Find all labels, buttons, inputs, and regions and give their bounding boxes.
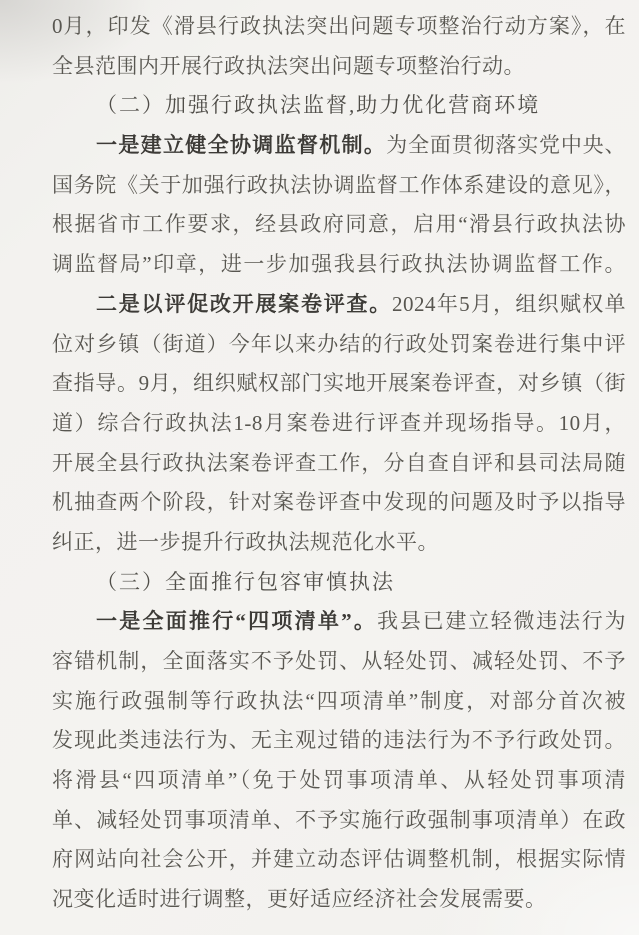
line-text: 为全面贯彻落实党中央、 <box>386 133 626 157</box>
heading-text: （二）加强行政执法监督,助力优化营商环境 <box>96 93 540 117</box>
text-line: 根据省市工作要求，经县政府同意，启用“滑县行政执法协 <box>52 205 626 245</box>
document-text-block: 0月，印发《滑县行政执法突出问题专项整治行动方案》，在 全县范围内开展行政执法突… <box>52 7 626 920</box>
line-text: 道）综合行政执法1-8月案卷进行评查并现场指导。10月， <box>52 411 626 435</box>
text-line: 单、减轻处罚事项清单、不予实施行政强制事项清单）在政 <box>52 801 626 841</box>
text-line: 国务院《关于加强行政执法协调监督工作体系建设的意见》， <box>52 166 626 206</box>
text-line: 府网站向社会公开，并建立动态评估调整机制，根据实际情 <box>52 840 626 880</box>
text-line: 道）综合行政执法1-8月案卷进行评查并现场指导。10月， <box>52 404 626 444</box>
text-line: 将滑县“四项清单”（免于处罚事项清单、从轻处罚事项清 <box>52 761 626 801</box>
line-text: 开展全县行政执法案卷评查工作，分自查自评和县司法局随 <box>52 451 626 475</box>
line-text: 发现此类违法行为、无主观过错的违法行为不予行政处罚。 <box>52 728 626 752</box>
line-text: 2024年5月，组织赋权单 <box>392 292 626 316</box>
line-text: 位对乡镇（街道）今年以来办结的行政处罚案卷进行集中评 <box>52 332 626 356</box>
text-line: 一是建立健全协调监督机制。为全面贯彻落实党中央、 <box>52 126 626 166</box>
text-line: 发现此类违法行为、无主观过错的违法行为不予行政处罚。 <box>52 721 626 761</box>
text-line: 开展全县行政执法案卷评查工作，分自查自评和县司法局随 <box>52 444 626 484</box>
text-line: 位对乡镇（街道）今年以来办结的行政处罚案卷进行集中评 <box>52 325 626 365</box>
line-text: 全县范围内开展行政执法突出问题专项整治行动。 <box>52 54 525 78</box>
line-text: 府网站向社会公开，并建立动态评估调整机制，根据实际情 <box>52 847 626 871</box>
text-line: 纠正，进一步提升行政执法规范化水平。 <box>52 523 626 563</box>
text-line: 调监督局”印章，进一步加强我县行政执法协调监督工作。 <box>52 245 626 285</box>
line-text: 根据省市工作要求，经县政府同意，启用“滑县行政执法协 <box>52 212 626 236</box>
line-text: 将滑县“四项清单”（免于处罚事项清单、从轻处罚事项清 <box>52 768 626 792</box>
line-text: 单、减轻处罚事项清单、不予实施行政强制事项清单）在政 <box>52 808 626 832</box>
line-text: 况变化适时进行调整，更好适应经济社会发展需要。 <box>52 887 547 911</box>
line-text: 纠正，进一步提升行政执法规范化水平。 <box>52 530 439 554</box>
line-text: 0月，印发《滑县行政执法突出问题专项整治行动方案》，在 <box>52 14 626 38</box>
line-text: 容错机制，全面落实不予处罚、从轻处罚、减轻处罚、不予 <box>52 649 626 673</box>
section-heading: （三）全面推行包容审慎执法 <box>52 563 626 603</box>
paragraph-lead: 二是以评促改开展案卷评查。 <box>96 292 392 316</box>
text-line: 实施行政强制等行政执法“四项清单”制度，对部分首次被 <box>52 682 626 722</box>
text-line: 0月，印发《滑县行政执法突出问题专项整治行动方案》，在 <box>52 7 626 47</box>
line-text: 查指导。9月，组织赋权部门实地开展案卷评查，对乡镇（街 <box>52 371 626 395</box>
section-heading: （二）加强行政执法监督,助力优化营商环境 <box>52 86 626 126</box>
text-line: 一是全面推行“四项清单”。我县已建立轻微违法行为 <box>52 602 626 642</box>
text-line: 二是以评促改开展案卷评查。2024年5月，组织赋权单 <box>52 285 626 325</box>
line-text: 实施行政强制等行政执法“四项清单”制度，对部分首次被 <box>52 689 626 713</box>
paragraph-lead: 一是全面推行“四项清单”。 <box>96 609 377 633</box>
line-text: 调监督局”印章，进一步加强我县行政执法协调监督工作。 <box>52 252 626 276</box>
text-line: 机抽查两个阶段，针对案卷评查中发现的问题及时予以指导 <box>52 483 626 523</box>
heading-text: （三）全面推行包容审慎执法 <box>96 570 395 594</box>
line-text: 国务院《关于加强行政执法协调监督工作体系建设的意见》， <box>52 173 626 197</box>
text-line: 全县范围内开展行政执法突出问题专项整治行动。 <box>52 47 626 87</box>
text-line: 容错机制，全面落实不予处罚、从轻处罚、减轻处罚、不予 <box>52 642 626 682</box>
line-text: 我县已建立轻微违法行为 <box>377 609 626 633</box>
paragraph-lead: 一是建立健全协调监督机制。 <box>96 133 386 157</box>
document-page: 0月，印发《滑县行政执法突出问题专项整治行动方案》，在 全县范围内开展行政执法突… <box>0 0 639 935</box>
text-line: 况变化适时进行调整，更好适应经济社会发展需要。 <box>52 880 626 920</box>
line-text: 机抽查两个阶段，针对案卷评查中发现的问题及时予以指导 <box>52 490 626 514</box>
text-line: 查指导。9月，组织赋权部门实地开展案卷评查，对乡镇（街 <box>52 364 626 404</box>
